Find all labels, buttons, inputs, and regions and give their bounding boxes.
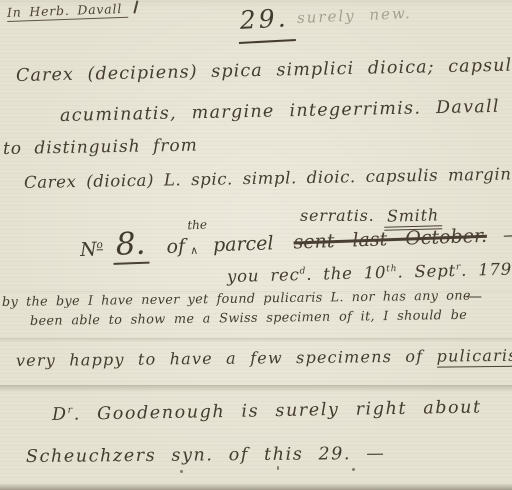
parcel-number: 8.	[112, 231, 149, 265]
manuscript-page: In Herb. Davall 29. surely new. Carex (d…	[0, 0, 512, 490]
ink-speck	[277, 466, 279, 470]
parcel-line: No 8. ofthe∧parcel sent last October. —	[79, 218, 512, 266]
no-letter: N	[80, 238, 97, 261]
footer-line-1-text: . Goodenough is surely right about	[74, 398, 482, 425]
caret-mark: ∧	[190, 244, 199, 257]
footer-line-2: Scheuchzers syn. of this 29. —	[26, 444, 386, 467]
footer-line-1: Dr. Goodenough is surely right about	[52, 398, 482, 425]
description-line-4: Carex (dioica) L. spic. simpl. dioic. ca…	[24, 164, 512, 192]
page-number-heading: 29.	[237, 3, 296, 44]
dr-abbreviation: D	[52, 405, 68, 425]
superscript-th: th	[386, 264, 397, 274]
received-text: . Sept	[397, 261, 456, 282]
bracket-mark	[134, 0, 139, 13]
ink-speck	[352, 468, 355, 471]
inserted-word-the: the∧	[185, 232, 214, 252]
paper-seam-top	[0, 291, 512, 293]
word-of: of	[166, 235, 185, 258]
received-text: . the 10	[306, 263, 387, 284]
paper-seam-middle	[0, 338, 512, 342]
herbarium-annotation-text: In Herb. Davall	[7, 1, 129, 22]
postscript-line-3-text: very happy to have a few specimens of	[16, 347, 437, 370]
dash: —	[503, 224, 512, 247]
postscript-line-2: been able to show me a Swiss specimen of…	[30, 308, 467, 329]
ink-speck	[180, 470, 183, 473]
received-text: you rec	[227, 265, 300, 286]
description-line-2: acuminatis, margine integerrimis. Davall	[60, 97, 500, 126]
word-parcel: parcel	[213, 232, 274, 256]
postscript-line-3: very happy to have a few specimens of pu…	[16, 346, 512, 370]
received-date-line: you recd. the 10th. Septr. 1793.	[227, 259, 512, 286]
description-line-1: Carex (decipiens) spica simplici dioica;…	[16, 55, 512, 86]
no-superscript-o: o	[96, 239, 103, 251]
pulicaris-underlined: pulicaris.	[436, 346, 512, 368]
description-line-3: to distinguish from	[3, 136, 198, 159]
struck-through-words: sent last October.	[293, 225, 487, 254]
herbarium-annotation: In Herb. Davall	[7, 0, 138, 20]
paper-seam-lower	[0, 385, 512, 392]
received-text: . 1793.	[461, 259, 512, 280]
no-abbreviation: No	[80, 238, 104, 261]
insertion-text: the	[187, 218, 207, 233]
paper-bottom-edge-shadow	[0, 483, 512, 490]
pencil-annotation: surely new.	[297, 4, 412, 27]
